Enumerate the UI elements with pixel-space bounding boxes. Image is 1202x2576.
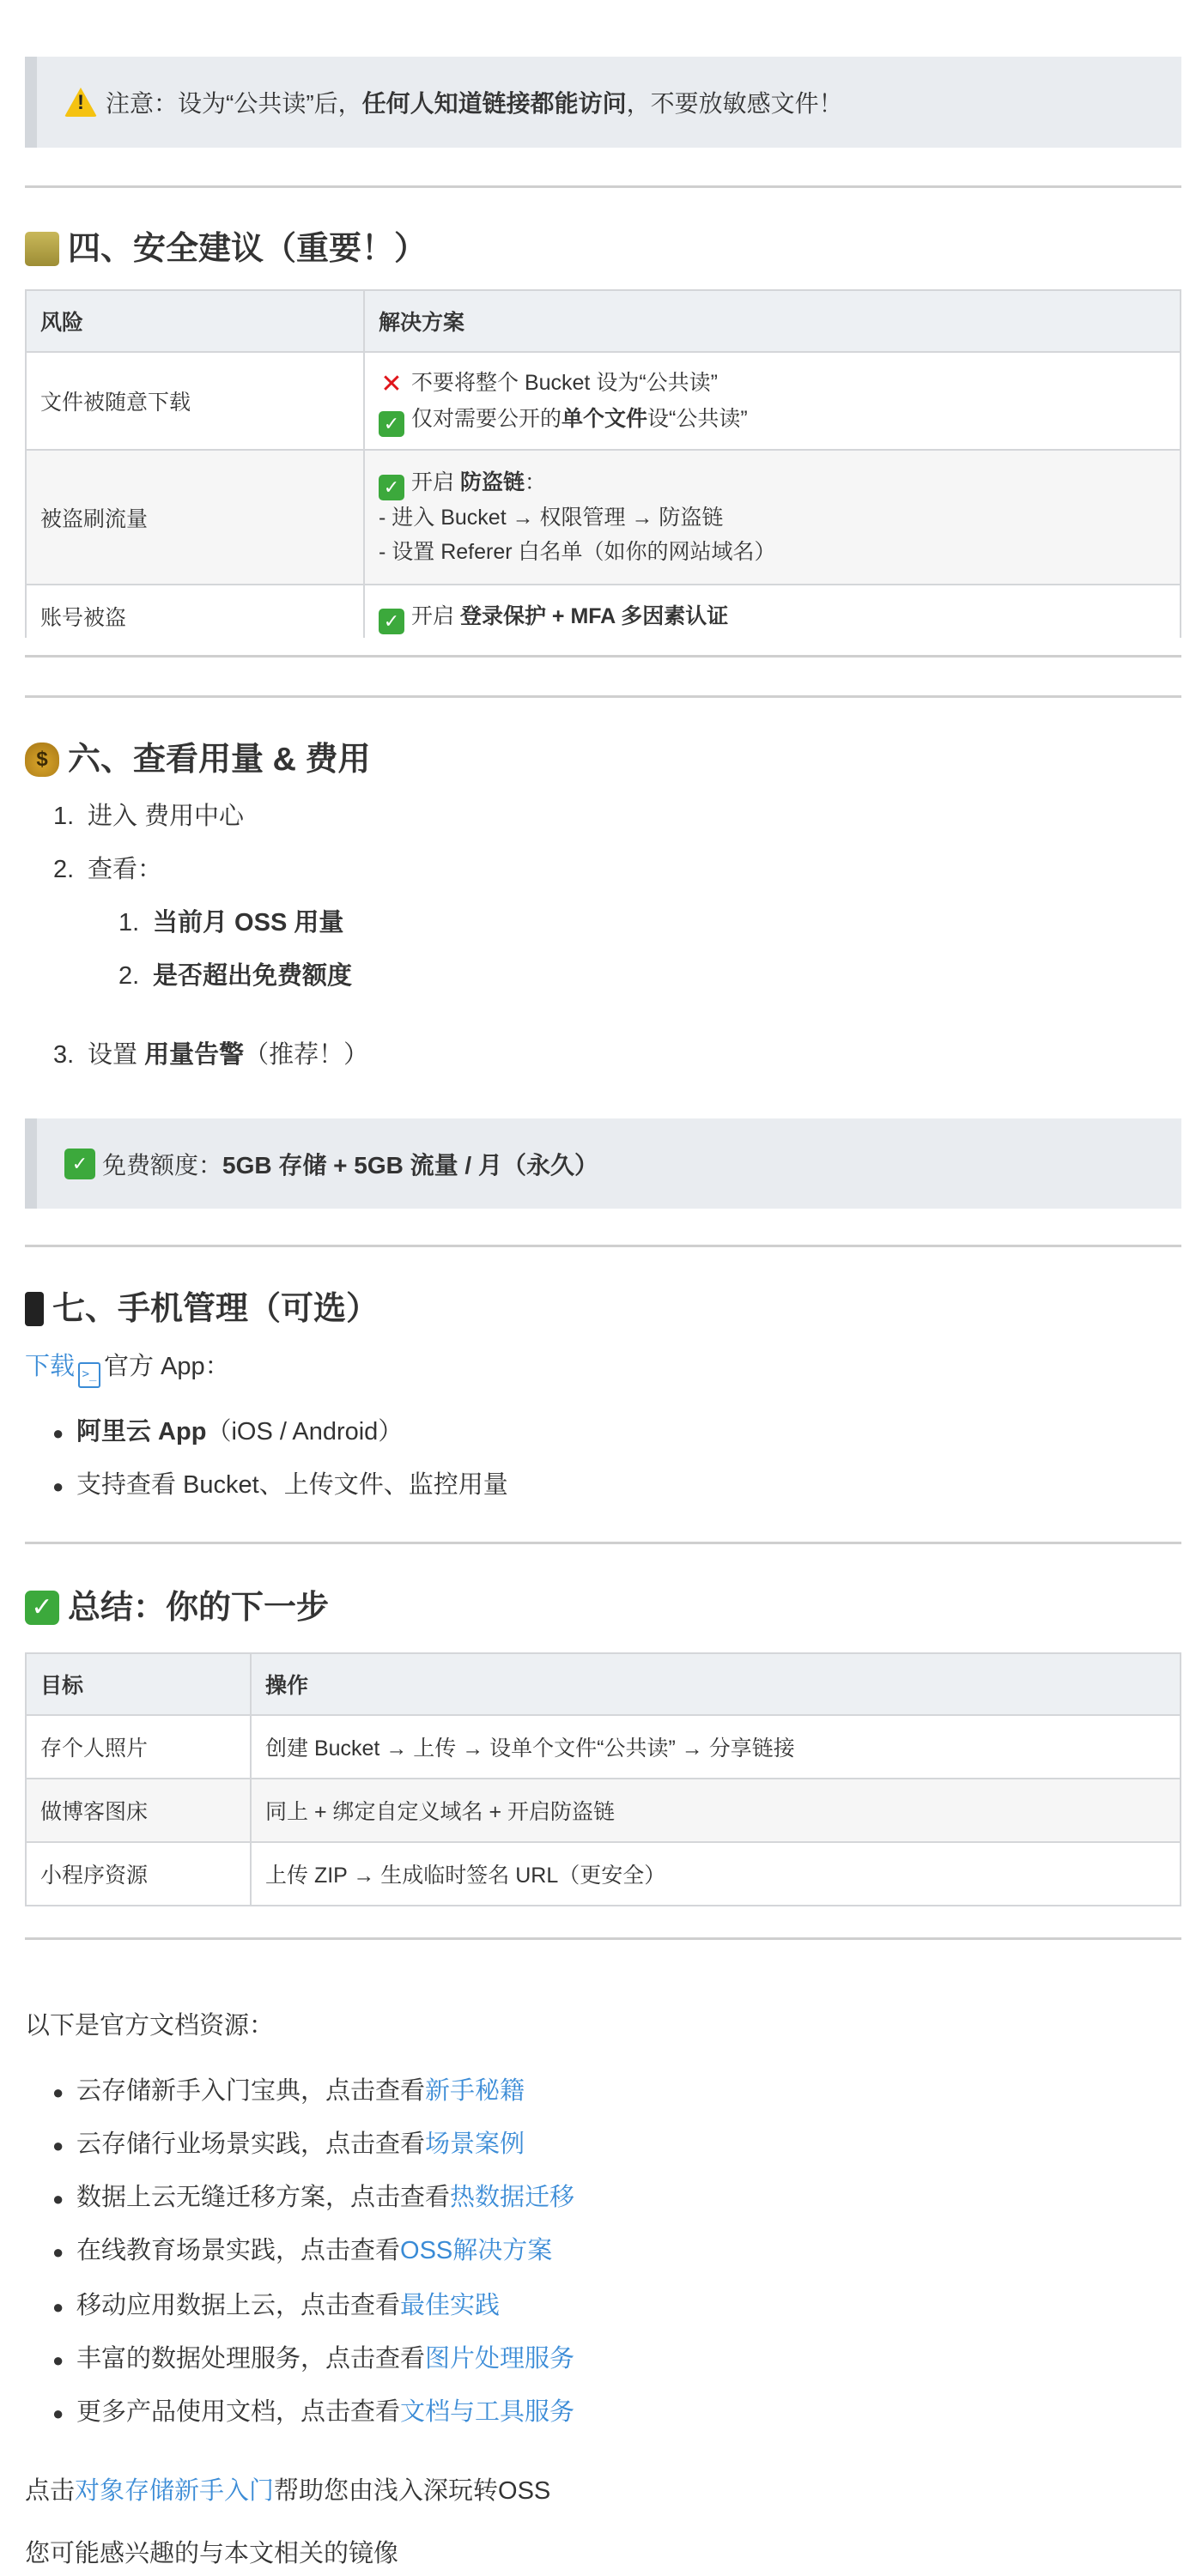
list-item: 1.当前月 OSS 用量 [118, 907, 343, 938]
download-link[interactable]: 下载 [25, 1353, 75, 1380]
solution-cell: ✕不要将整个 Bucket 设为“公共读” ✓仅对需要公开的单个文件设“公共读” [364, 352, 1181, 450]
table-row: 账号被盗 ✓开启 登录保护 + MFA 多因素认证 [26, 585, 1181, 638]
check-mark-icon: ✓ [379, 411, 404, 437]
table-header-goal: 目标 [26, 1653, 251, 1715]
check-mark-icon: ✓ [379, 609, 404, 634]
resource-link[interactable]: OSS解决方案 [400, 2237, 552, 2264]
resource-link[interactable]: 热数据迁移 [450, 2184, 574, 2211]
warning-icon [64, 88, 97, 117]
section-heading-usage: $ 六、查看用量 & 费用 [25, 741, 371, 779]
callout-prefix: 注意：设为“公共读”后， [106, 85, 362, 119]
resource-link[interactable]: 文档与工具服务 [400, 2398, 574, 2426]
list-item: 3.设置 用量告警（推荐！） [53, 1039, 368, 1070]
callout-suffix: ，不要放敏感文件！ [627, 85, 843, 119]
solution-cell: ✓开启 登录保护 + MFA 多因素认证 [364, 585, 1181, 638]
list-item: ●云存储新手入门宝典，点击查看新手秘籍 [25, 2076, 525, 2108]
divider [25, 185, 1181, 188]
section-heading-summary: ✓ 总结：你的下一步 [25, 1589, 329, 1627]
table-header-action: 操作 [251, 1653, 1181, 1715]
list-item: ●在线教育场景实践，点击查看OSS解决方案 [25, 2235, 552, 2268]
mobile-phone-icon [25, 1292, 44, 1326]
table-header-solution: 解决方案 [364, 290, 1181, 352]
list-item: ●云存储行业场景实践，点击查看场景案例 [25, 2129, 525, 2161]
table-row: 做博客图床 同上 + 绑定自定义域名 + 开启防盗链 [26, 1779, 1181, 1842]
divider [25, 695, 1181, 698]
bullet-icon: ● [25, 1471, 76, 1502]
risk-cell: 文件被随意下载 [26, 352, 364, 450]
bullet-icon: ● [25, 1418, 76, 1449]
resource-link[interactable]: 最佳实践 [400, 2292, 500, 2319]
table-row: 文件被随意下载 ✕不要将整个 Bucket 设为“公共读” ✓仅对需要公开的单个… [26, 352, 1181, 450]
divider [25, 1542, 1181, 1544]
list-item: ●支持查看 Bucket、上传文件、监控用量 [25, 1470, 508, 1502]
list-item: ●阿里云 App（iOS / Android） [25, 1416, 403, 1449]
list-item: ●数据上云无缝迁移方案，点击查看热数据迁移 [25, 2182, 574, 2215]
money-bag-icon: $ [25, 742, 59, 777]
table-row: 存个人照片 创建 Bucket → 上传 → 设单个文件“公共读” → 分享链接 [26, 1715, 1181, 1779]
resource-link[interactable]: 图片处理服务 [425, 2345, 574, 2373]
check-mark-icon: ✓ [379, 475, 404, 500]
cross-mark-icon: ✕ [379, 367, 404, 402]
table-row: 小程序资源 上传 ZIP → 生成临时签名 URL（更安全） [26, 1842, 1181, 1906]
list-item: 2.是否超出免费额度 [118, 961, 352, 991]
section-heading-mobile: 七、手机管理（可选） [25, 1290, 379, 1328]
table-row: 被盗刷流量 ✓开启 防盗链： - 进入 Bucket → 权限管理 → 防盗链 … [26, 450, 1181, 585]
section-heading-security: 四、安全建议（重要！） [25, 230, 427, 268]
check-mark-icon: ✓ [64, 1149, 95, 1179]
solution-cell: ✓开启 防盗链： - 进入 Bucket → 权限管理 → 防盗链 - 设置 R… [364, 450, 1181, 585]
table-header-risk: 风险 [26, 290, 364, 352]
list-item: 2.查看： [53, 854, 162, 885]
divider [25, 655, 1181, 658]
security-table: 风险 解决方案 文件被随意下载 ✕不要将整个 Bucket 设为“公共读” ✓仅… [25, 289, 1181, 638]
related-images-heading: 您可能感兴趣的与本文相关的镜像 [25, 2538, 398, 2569]
download-line: 下载>_官方 App： [25, 1351, 230, 1388]
terminal-icon[interactable]: >_ [78, 1362, 100, 1388]
check-mark-icon: ✓ [25, 1591, 59, 1625]
list-item: ●更多产品使用文档，点击查看文档与工具服务 [25, 2397, 574, 2429]
locked-with-key-icon [25, 232, 59, 266]
resources-intro: 以下是官方文档资源： [25, 2010, 274, 2041]
free-quota-callout: ✓ 免费额度： 5GB 存储 + 5GB 流量 / 月（永久） [25, 1118, 1181, 1209]
list-item: 1.进入 费用中心 [53, 801, 244, 832]
list-item: ●丰富的数据处理服务，点击查看图片处理服务 [25, 2343, 574, 2376]
warning-callout: 注意：设为“公共读”后， 任何人知道链接都能访问 ，不要放敏感文件！ [25, 57, 1181, 148]
resource-link[interactable]: 场景案例 [425, 2131, 525, 2158]
divider [25, 1245, 1181, 1247]
resource-link[interactable]: 新手秘籍 [425, 2077, 525, 2105]
list-item: ●移动应用数据上云，点击查看最佳实践 [25, 2290, 500, 2323]
oss-beginner-link[interactable]: 对象存储新手入门 [75, 2477, 274, 2505]
callout-bold: 任何人知道链接都能访问 [362, 85, 627, 119]
summary-table: 目标 操作 存个人照片 创建 Bucket → 上传 → 设单个文件“公共读” … [25, 1652, 1181, 1906]
divider [25, 1937, 1181, 1940]
risk-cell: 账号被盗 [26, 585, 364, 638]
risk-cell: 被盗刷流量 [26, 450, 364, 585]
resources-footer: 点击对象存储新手入门帮助您由浅入深玩转OSS [25, 2476, 550, 2506]
